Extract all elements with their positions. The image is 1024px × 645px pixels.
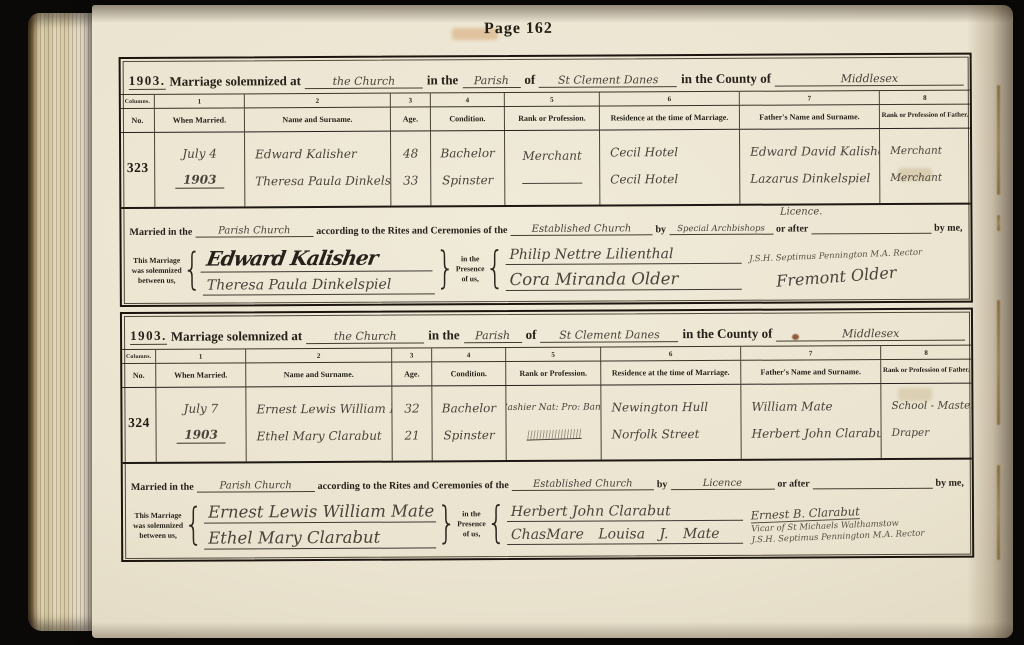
parish-fill: St Clement Danes — [540, 328, 678, 343]
groom-residence: Newington Hull — [611, 399, 708, 414]
rites-fill: Established Church — [512, 478, 654, 491]
witness-signature: Philip Nettre Lilienthal — [505, 246, 741, 265]
year-fill: 1903. — [129, 73, 166, 90]
col-header-residence: Residence at the time of Marriage. — [600, 106, 740, 130]
register-section-324: 1903. Marriage solemnized at the Church … — [120, 308, 974, 562]
conditions-cell: Bachelor Spinster — [431, 131, 505, 205]
columns-label: Columns. — [122, 350, 156, 363]
bride-condition: Spinster — [442, 173, 493, 187]
page-number: Page 162 — [453, 20, 583, 39]
col-num: 1 — [155, 94, 245, 107]
groom-age: 32 — [404, 401, 419, 415]
blank-dash — [522, 181, 582, 183]
rites-label: according to the Rites and Ceremonies of… — [318, 480, 509, 492]
col-num: 5 — [505, 93, 600, 106]
col-header-when-married: When Married. — [155, 108, 245, 131]
after-blank-line — [811, 233, 931, 235]
signature-area: This Marriage was solemnized between us,… — [123, 494, 972, 560]
col-header-residence: Residence at the time of Marriage. — [601, 361, 741, 385]
place-fill: the Church — [306, 329, 424, 344]
col-num: 3 — [392, 348, 432, 361]
couple-signatures: Ernest Lewis William Mate Ethel Mary Cla… — [204, 501, 436, 549]
married-in-line: Married in the Parish Church according t… — [121, 205, 970, 243]
bride-father: Lazarus Dinkelspiel — [750, 171, 870, 186]
col-num: 4 — [431, 93, 505, 106]
groom-age: 48 — [403, 146, 418, 160]
groom-profession: Merchant — [522, 148, 581, 162]
married-in-prefix: Married in the — [129, 227, 192, 238]
col-num: 6 — [600, 92, 740, 106]
signature-area: This Marriage was solemnized between us,… — [122, 239, 971, 305]
when-married-cell: July 7 1903 — [156, 387, 246, 461]
struck-out-scribble — [526, 428, 581, 440]
close-brace: } — [437, 503, 456, 547]
by-method-fill: Special Archbishops — [669, 224, 773, 236]
col-num: 1 — [156, 349, 246, 362]
witness-signatures: Philip Nettre Lilienthal Cora Miranda Ol… — [505, 246, 741, 291]
bride-father-profession: Draper — [892, 426, 930, 438]
residences-cell: Newington Hull Norfolk Street — [601, 385, 741, 460]
solemnized-label: This Marriage was solemnized between us, — [133, 511, 183, 541]
presence-label: in the Presence of us, — [457, 509, 486, 539]
father-professions-cell: Merchant Merchant — [880, 129, 970, 203]
groom-condition: Bachelor — [440, 146, 494, 160]
marriage-date: July 4 — [182, 147, 217, 161]
close-brace: } — [436, 248, 455, 292]
solemnized-label: This Marriage was solemnized between us, — [132, 256, 182, 286]
entry-number: 323 — [121, 133, 155, 207]
witness-signature: Fremont Older — [775, 258, 965, 291]
groom-name: Ernest Lewis William Mate — [256, 401, 392, 416]
ages-cell: 32 21 — [392, 386, 432, 460]
marriage-year: 1903 — [175, 173, 224, 189]
bride-age: 33 — [403, 173, 418, 187]
groom-father: William Mate — [751, 399, 832, 413]
groom-signature: Edward Kalisher — [201, 245, 437, 272]
col-header-profession: Rank or Profession. — [505, 107, 600, 130]
county-fill: Middlesex — [776, 327, 965, 342]
married-in-prefix: Married in the — [131, 482, 194, 493]
of-label: of — [524, 72, 535, 88]
col-header-father: Father's Name and Surname. — [740, 105, 880, 129]
presence-label: in the Presence of us, — [456, 254, 485, 284]
married-in-place-fill: Parish Church — [197, 480, 315, 493]
by-me-label: by me, — [935, 478, 963, 489]
col-header-condition: Condition. — [431, 107, 505, 130]
father-professions-cell: School - Master Draper — [881, 384, 971, 458]
married-in-place-fill: Parish Church — [195, 225, 313, 238]
place-fill: the Church — [305, 74, 423, 89]
witness-signature: Cora Miranda Older — [506, 269, 742, 291]
fathers-cell: Edward David Kalisher Lazarus Dinkelspie… — [740, 129, 880, 204]
married-in-line: Married in the Parish Church according t… — [123, 460, 972, 498]
or-after-label: or after — [776, 223, 808, 234]
col-num: 7 — [740, 91, 880, 105]
names-cell: Ernest Lewis William Mate Ethel Mary Cla… — [246, 387, 392, 462]
col-num: 2 — [245, 94, 391, 108]
by-label: by — [657, 479, 668, 490]
marriage-year: 1903 — [176, 428, 225, 444]
of-label: of — [526, 327, 537, 343]
groom-profession: Cashier Nat: Pro: Bank — [506, 402, 601, 413]
witness-signature: Herbert John Clarabut — [507, 502, 743, 521]
open-brace: { — [485, 247, 504, 291]
bride-father: Herbert John Clarabut — [752, 426, 882, 441]
licence-note: Licence. — [780, 206, 823, 217]
in-the-label: in the — [427, 72, 459, 88]
in-the-label: in the — [428, 327, 460, 343]
bride-father-profession: Merchant — [890, 171, 942, 183]
register-section-323: 1903. Marriage solemnized at the Church … — [119, 53, 973, 307]
bride-signature: Theresa Paula Dinkelspiel — [203, 276, 435, 295]
col-header-name: Name and Surname. — [246, 363, 392, 387]
bride-residence: Norfolk Street — [612, 427, 700, 441]
groom-signature: Ernest Lewis William Mate — [204, 501, 436, 523]
district-fill: Parish — [462, 74, 520, 88]
after-blank-line — [813, 488, 933, 490]
witness-signatures: Herbert John Clarabut ChasMare Louisa J.… — [507, 502, 743, 544]
groom-name: Edward Kalisher — [255, 146, 357, 161]
year-fill: 1903. — [130, 328, 167, 345]
col-num: 5 — [506, 348, 601, 361]
residences-cell: Cecil Hotel Cecil Hotel — [600, 130, 740, 205]
col-header-father-profession: Rank or Profession of Father. — [880, 105, 970, 128]
title-prefix: Marriage solemnized at — [171, 328, 302, 345]
by-method-fill: Licence — [670, 478, 774, 491]
section-title-line: 1903. Marriage solemnized at the Church … — [122, 310, 971, 350]
col-header-condition: Condition. — [432, 362, 506, 385]
col-header-father-profession: Rank or Profession of Father. — [881, 360, 971, 383]
register-book-photo: Page 162 1903. Marriage solemnized at th… — [0, 0, 1024, 645]
col-num: 2 — [246, 349, 392, 363]
bride-name: Theresa Paula Dinkelspiel — [255, 173, 391, 188]
county-prefix: in the County of — [682, 326, 772, 342]
couple-signatures: Edward Kalisher Theresa Paula Dinkelspie… — [203, 245, 435, 295]
col-header-profession: Rank or Profession. — [506, 362, 601, 385]
bride-residence: Cecil Hotel — [610, 172, 678, 186]
open-brace: { — [487, 502, 506, 546]
ages-cell: 48 33 — [391, 131, 431, 205]
col-header-name: Name and Surname. — [245, 108, 391, 132]
col-header-no: No. — [121, 109, 155, 132]
by-label: by — [655, 224, 666, 235]
open-brace: { — [183, 249, 202, 293]
entry-number: 324 — [122, 388, 156, 462]
names-cell: Edward Kalisher Theresa Paula Dinkelspie… — [245, 132, 391, 207]
fathers-cell: William Mate Herbert John Clarabut — [741, 384, 881, 459]
columns-label: Columns. — [121, 95, 155, 108]
county-prefix: in the County of — [681, 71, 771, 87]
section-title-line: 1903. Marriage solemnized at the Church … — [121, 55, 970, 95]
groom-father: Edward David Kalisher — [750, 144, 880, 159]
col-num: 6 — [601, 347, 741, 361]
when-married-cell: July 4 1903 — [155, 132, 245, 206]
bride-name: Ethel Mary Clarabut — [257, 428, 382, 443]
groom-father-profession: Merchant — [890, 144, 942, 156]
entry-row-323: 323 July 4 1903 Edward Kalisher Theresa … — [121, 129, 970, 209]
professions-cell: Merchant — [505, 131, 600, 205]
col-num: 7 — [741, 346, 881, 360]
title-prefix: Marriage solemnized at — [169, 73, 300, 90]
conditions-cell: Bachelor Spinster — [432, 386, 506, 460]
bride-condition: Spinster — [443, 428, 494, 442]
entry-row-324: 324 July 7 1903 Ernest Lewis William Mat… — [122, 384, 971, 464]
col-num: 8 — [881, 346, 971, 359]
rites-label: according to the Rites and Ceremonies of… — [316, 225, 507, 237]
marriage-date: July 7 — [184, 402, 219, 416]
professions-cell: Cashier Nat: Pro: Bank — [506, 386, 601, 460]
groom-condition: Bachelor — [442, 401, 496, 415]
groom-father-profession: School - Master — [891, 399, 971, 411]
or-after-label: or after — [777, 478, 809, 489]
col-header-when-married: When Married. — [156, 363, 246, 386]
officiant-signatures: Ernest B. Clarabut Vicar of St Michaels … — [750, 499, 966, 545]
open-brace: { — [184, 504, 203, 548]
county-fill: Middlesex — [775, 72, 964, 87]
officiant-signatures: J.S.H. Septimus Pennington M.A. Rector F… — [749, 246, 965, 289]
col-num: 8 — [880, 91, 970, 104]
col-header-age: Age. — [391, 107, 431, 130]
col-header-no: No. — [122, 364, 156, 387]
witness-signature: ChasMare Louisa J. Mate — [507, 525, 743, 544]
col-num: 3 — [391, 93, 431, 106]
book-gutter — [967, 5, 1013, 638]
bride-signature: Ethel Mary Clarabut — [204, 527, 436, 549]
col-header-father: Father's Name and Surname. — [741, 360, 881, 384]
col-num: 4 — [432, 348, 506, 361]
parish-fill: St Clement Danes — [539, 73, 677, 88]
district-fill: Parish — [464, 329, 522, 343]
bride-age: 21 — [404, 428, 419, 442]
rites-fill: Established Church — [510, 223, 652, 236]
col-header-age: Age. — [392, 362, 432, 385]
by-me-label: by me, — [934, 223, 962, 234]
page-content: Page 162 1903. Marriage solemnized at th… — [0, 0, 1024, 645]
groom-residence: Cecil Hotel — [610, 145, 678, 159]
